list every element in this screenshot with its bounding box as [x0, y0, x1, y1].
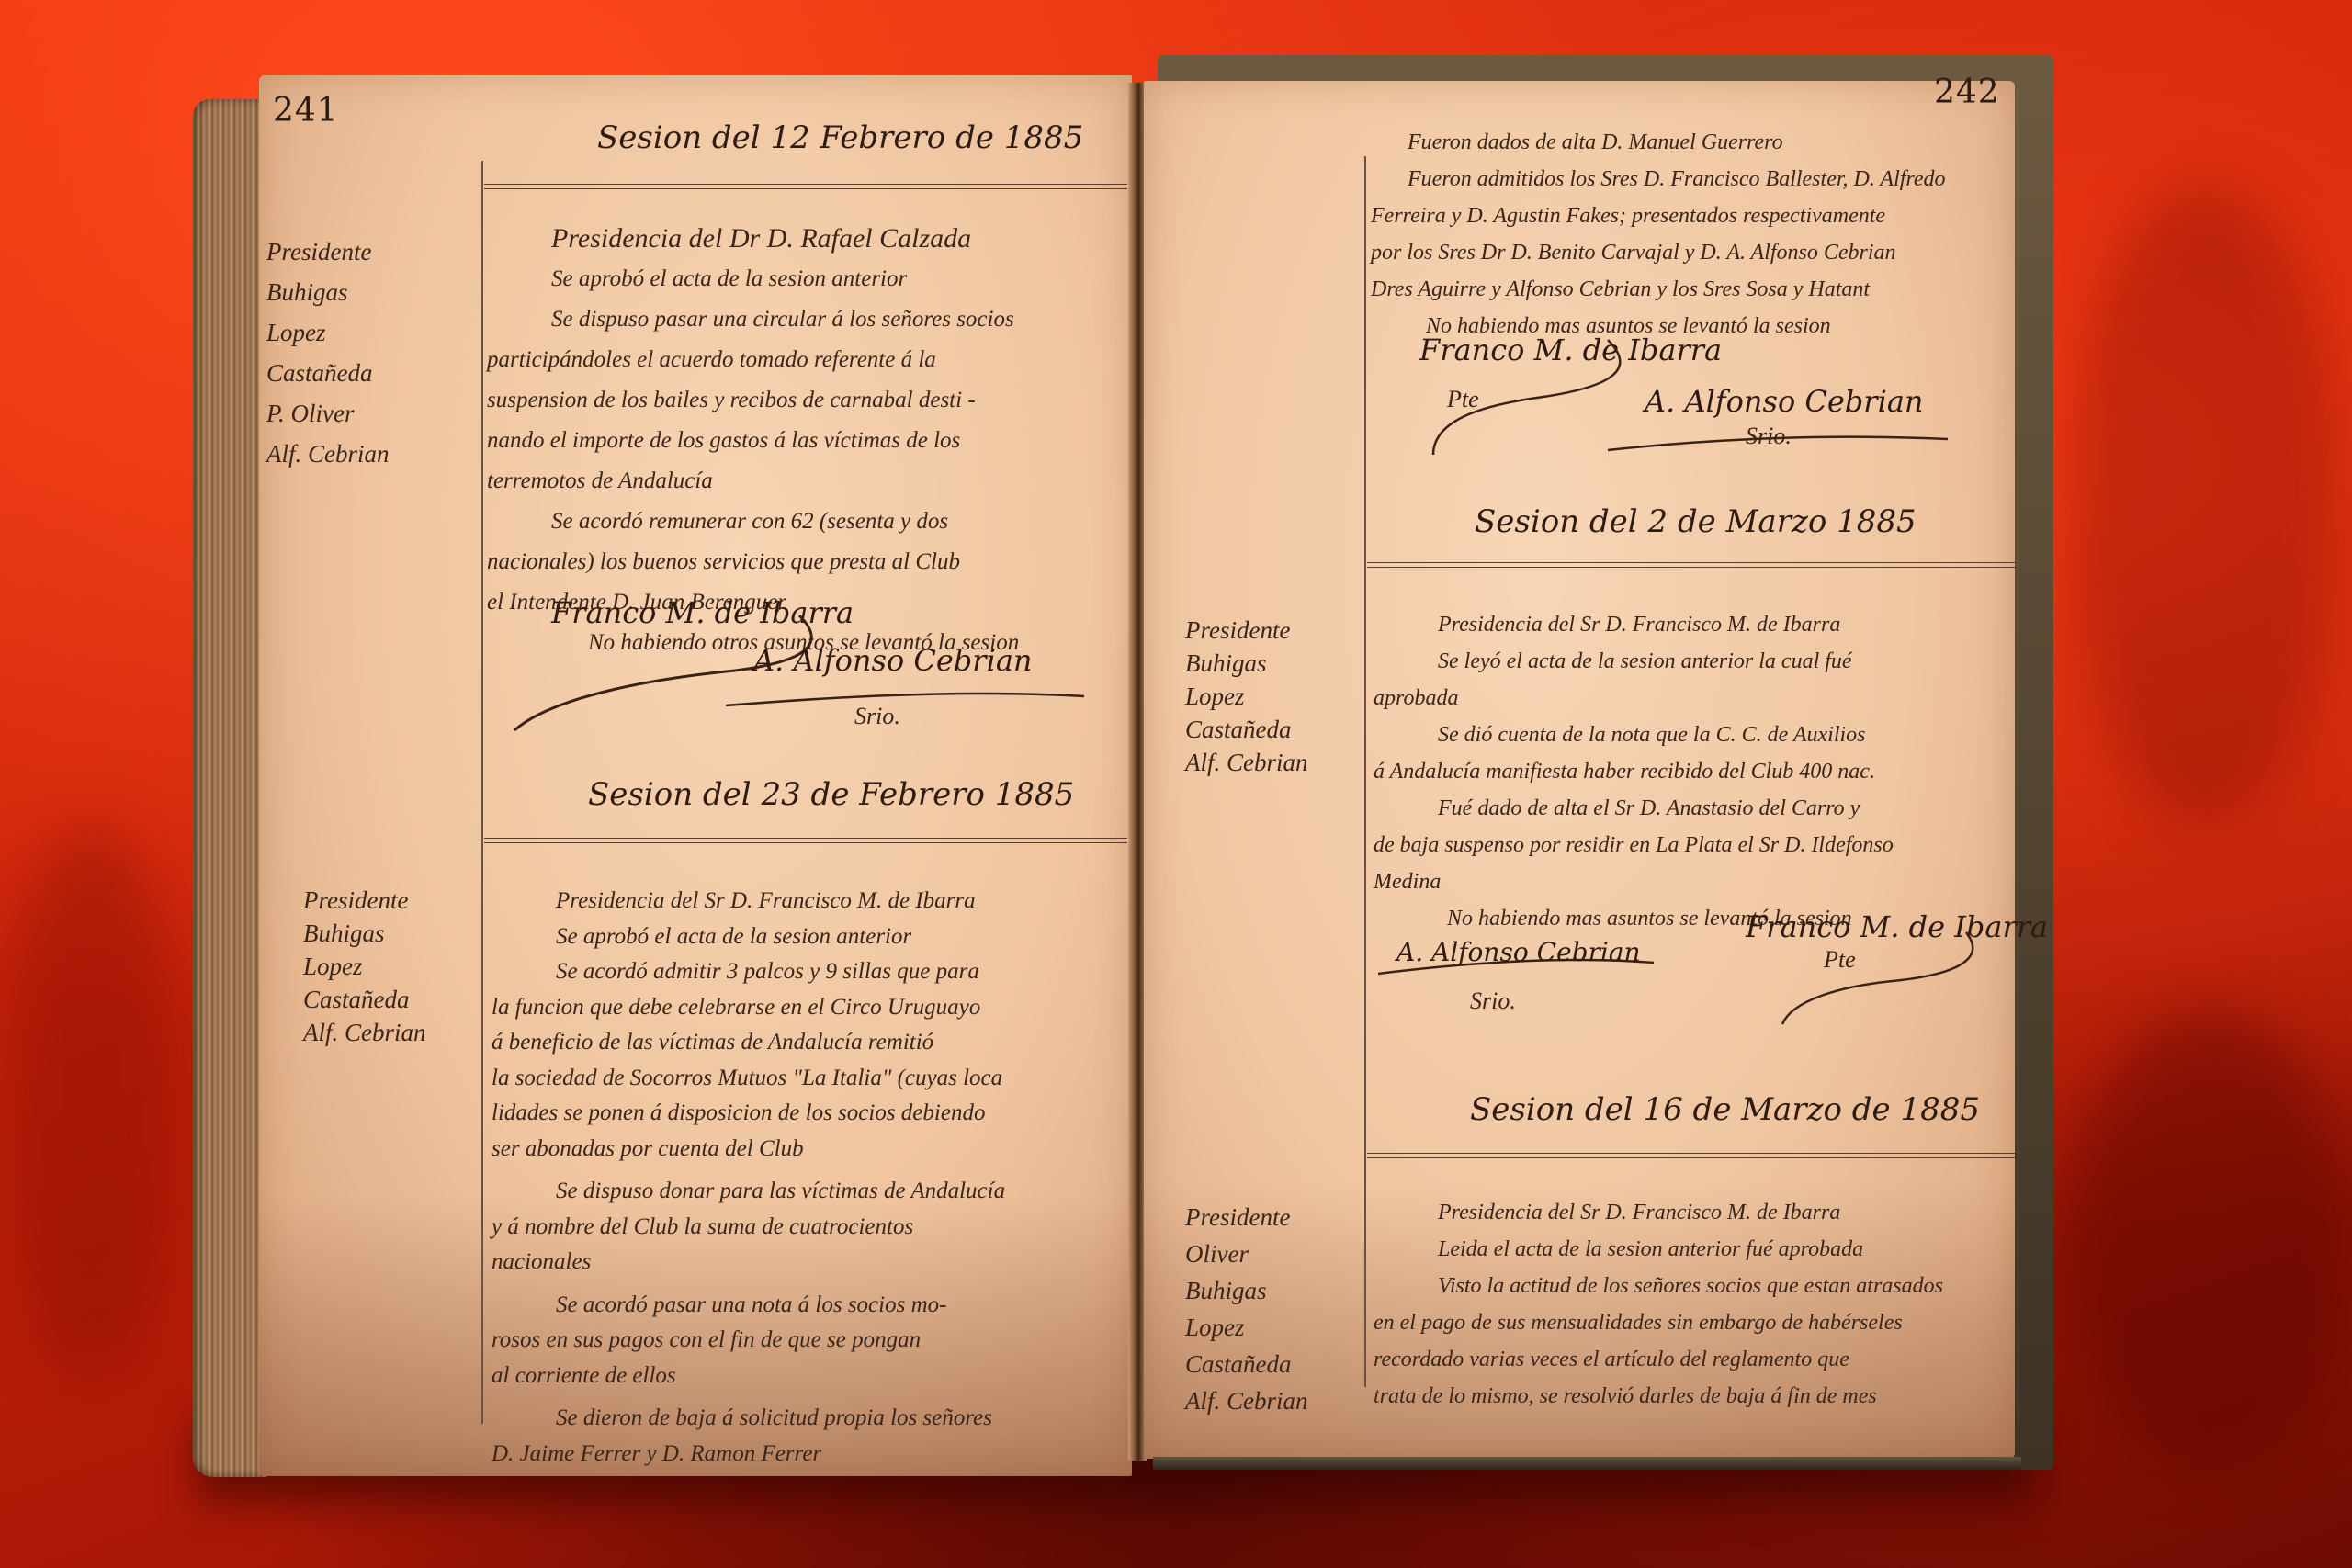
margin-rule	[481, 161, 483, 1424]
minute-line: rosos en sus pagos con el fin de que se …	[492, 1323, 1005, 1359]
minute-line: á Andalucía manifiesta haber recibido de…	[1374, 753, 1894, 790]
minute-line: y á nombre del Club la suma de cuatrocie…	[492, 1210, 1005, 1246]
cloth-fold	[2067, 184, 2343, 827]
attendee: Castañeda	[1185, 713, 1308, 746]
minute-line: Fueron admitidos los Sres D. Francisco B…	[1371, 161, 1946, 197]
heading-rule	[484, 184, 1127, 189]
cloth-fold	[2067, 1010, 2352, 1470]
attendee: Buhigas	[1185, 1272, 1308, 1309]
minute-line: trata de lo mismo, se resolvió darles de…	[1374, 1378, 1943, 1415]
minute-line: ser abonadas por cuenta del Club	[492, 1132, 1005, 1168]
session-heading: Sesion del 2 de Marzo 1885	[1475, 503, 1917, 540]
secretary-signature: A. Alfonso Cebrian	[753, 643, 1033, 678]
minute-line: aprobada	[1374, 680, 1894, 716]
minute-line: Presidencia del Sr D. Francisco M. de Ib…	[1374, 606, 1894, 643]
attendee: Oliver	[1185, 1235, 1308, 1272]
attendee-list: Presidente Buhigas Lopez Castañeda P. Ol…	[266, 231, 390, 474]
secretary-title: Srio.	[1746, 423, 1792, 450]
minute-line: Visto la actitud de los señores socios q…	[1374, 1268, 1943, 1304]
minute-line: Se dió cuenta de la nota que la C. C. de…	[1374, 716, 1894, 753]
attendee: Buhigas	[1185, 647, 1308, 680]
attendee: P. Oliver	[266, 393, 390, 434]
minute-line: Ferreira y D. Agustin Fakes; presentados…	[1371, 197, 1946, 234]
minute-line: Presidencia del Dr D. Rafael Calzada	[487, 219, 1019, 259]
secretary-signature: A. Alfonso Cebrian	[1396, 937, 1641, 967]
minute-line: Se acordó admitir 3 palcos y 9 sillas qu…	[492, 954, 1005, 990]
attendee: Alf. Cebrian	[303, 1016, 426, 1049]
attendee-list: Presidente Oliver Buhigas Lopez Castañed…	[1185, 1199, 1308, 1419]
minute-line: por los Sres Dr D. Benito Carvajal y D. …	[1371, 234, 1946, 271]
page-number-right: 242	[1934, 73, 2000, 111]
minute-line: Se acordó pasar una nota á los socios mo…	[492, 1288, 1005, 1324]
secretary-signature: A. Alfonso Cebrian	[1645, 384, 1924, 419]
minute-line: recordado varias veces el artículo del r…	[1374, 1341, 1943, 1378]
session-heading: Sesion del 23 de Febrero 1885	[588, 776, 1074, 813]
attendee: Presidente	[303, 884, 426, 917]
attendee: Buhigas	[303, 917, 426, 950]
minute-line: la funcion que debe celebrarse en el Cir…	[492, 990, 1005, 1026]
minute-line: lidades se ponen á disposicion de los so…	[492, 1096, 1005, 1132]
minute-line: Se dispuso pasar una circular á los seño…	[487, 299, 1019, 340]
heading-rule	[1367, 1153, 2015, 1158]
minute-line: D. Jaime Ferrer y D. Ramon Ferrer	[492, 1437, 1005, 1472]
minute-line: Presidencia del Sr D. Francisco M. de Ib…	[1374, 1194, 1943, 1231]
minute-line: nando el importe de los gastos á las víc…	[487, 421, 1019, 461]
attendee: Alf. Cebrian	[1185, 1382, 1308, 1419]
attendee: Buhigas	[266, 272, 390, 312]
minute-line: nacionales	[492, 1245, 1005, 1280]
minute-line: participándoles el acuerdo tomado refere…	[487, 340, 1019, 380]
secretary-title: Srio.	[1470, 987, 1516, 1015]
minute-line: de baja suspenso por residir en La Plata…	[1374, 827, 1894, 863]
minute-line: la sociedad de Socorros Mutuos "La Itali…	[492, 1061, 1005, 1097]
attendee: Castañeda	[1185, 1346, 1308, 1382]
session-heading: Sesion del 16 de Marzo de 1885	[1470, 1091, 1980, 1128]
attendee: Alf. Cebrian	[266, 434, 390, 474]
session-body: Presidencia del Sr D. Francisco M. de Ib…	[1374, 606, 1894, 937]
attendee: Presidente	[266, 231, 390, 272]
minute-line: Se dieron de baja á solicitud propia los…	[492, 1401, 1005, 1437]
attendee: Presidente	[1185, 614, 1308, 647]
minute-line: Fueron dados de alta D. Manuel Guerrero	[1371, 124, 1946, 161]
minute-line: Se aprobó el acta de la sesion anterior	[492, 919, 1005, 955]
heading-rule	[1367, 562, 2015, 568]
session-body: Presidencia del Sr D. Francisco M. de Ib…	[1374, 1194, 1943, 1415]
minute-line: suspension de los bailes y recibos de ca…	[487, 380, 1019, 421]
page-edges	[193, 99, 266, 1477]
session-heading: Sesion del 12 Febrero de 1885	[597, 119, 1083, 156]
minute-line: nacionales) los buenos servicios que pre…	[487, 542, 1019, 582]
minute-line: en el pago de sus mensualidades sin emba…	[1374, 1304, 1943, 1341]
page-number-left: 241	[273, 92, 339, 130]
minute-line: Se aprobó el acta de la sesion anterior	[487, 259, 1019, 299]
attendee: Castañeda	[303, 983, 426, 1016]
attendee: Lopez	[303, 950, 426, 983]
continuation-body: Fueron dados de alta D. Manuel Guerrero …	[1371, 124, 1946, 344]
attendee: Lopez	[266, 312, 390, 353]
minute-line: Se acordó remunerar con 62 (sesenta y do…	[487, 502, 1019, 542]
minute-line: Leida el acta de la sesion anterior fué …	[1374, 1231, 1943, 1268]
cover-bottom-edge	[1153, 1457, 2021, 1470]
attendee-list: Presidente Buhigas Lopez Castañeda Alf. …	[1185, 614, 1308, 779]
attendee: Lopez	[1185, 680, 1308, 713]
heading-rule	[484, 838, 1127, 843]
minute-line: Dres Aguirre y Alfonso Cebrian y los Sre…	[1371, 271, 1946, 308]
minute-line: á beneficio de las víctimas de Andalucía…	[492, 1025, 1005, 1061]
minute-line: Presidencia del Sr D. Francisco M. de Ib…	[492, 884, 1005, 919]
margin-rule	[1364, 156, 1366, 1387]
attendee: Castañeda	[266, 353, 390, 393]
cloth-fold	[0, 827, 184, 1378]
minute-line: Medina	[1374, 863, 1894, 900]
minute-line: Se dispuso donar para las víctimas de An…	[492, 1174, 1005, 1210]
minute-line: terremotos de Andalucía	[487, 461, 1019, 502]
attendee: Presidente	[1185, 1199, 1308, 1235]
session-body: Presidencia del Sr D. Francisco M. de Ib…	[492, 884, 1005, 1472]
minute-line: Se leyó el acta de la sesion anterior la…	[1374, 643, 1894, 680]
minute-line: Fué dado de alta el Sr D. Anastasio del …	[1374, 790, 1894, 827]
attendee: Alf. Cebrian	[1185, 746, 1308, 779]
attendee: Lopez	[1185, 1309, 1308, 1346]
attendee-list: Presidente Buhigas Lopez Castañeda Alf. …	[303, 884, 426, 1049]
secretary-title: Srio.	[854, 703, 900, 730]
minute-line: al corriente de ellos	[492, 1359, 1005, 1394]
